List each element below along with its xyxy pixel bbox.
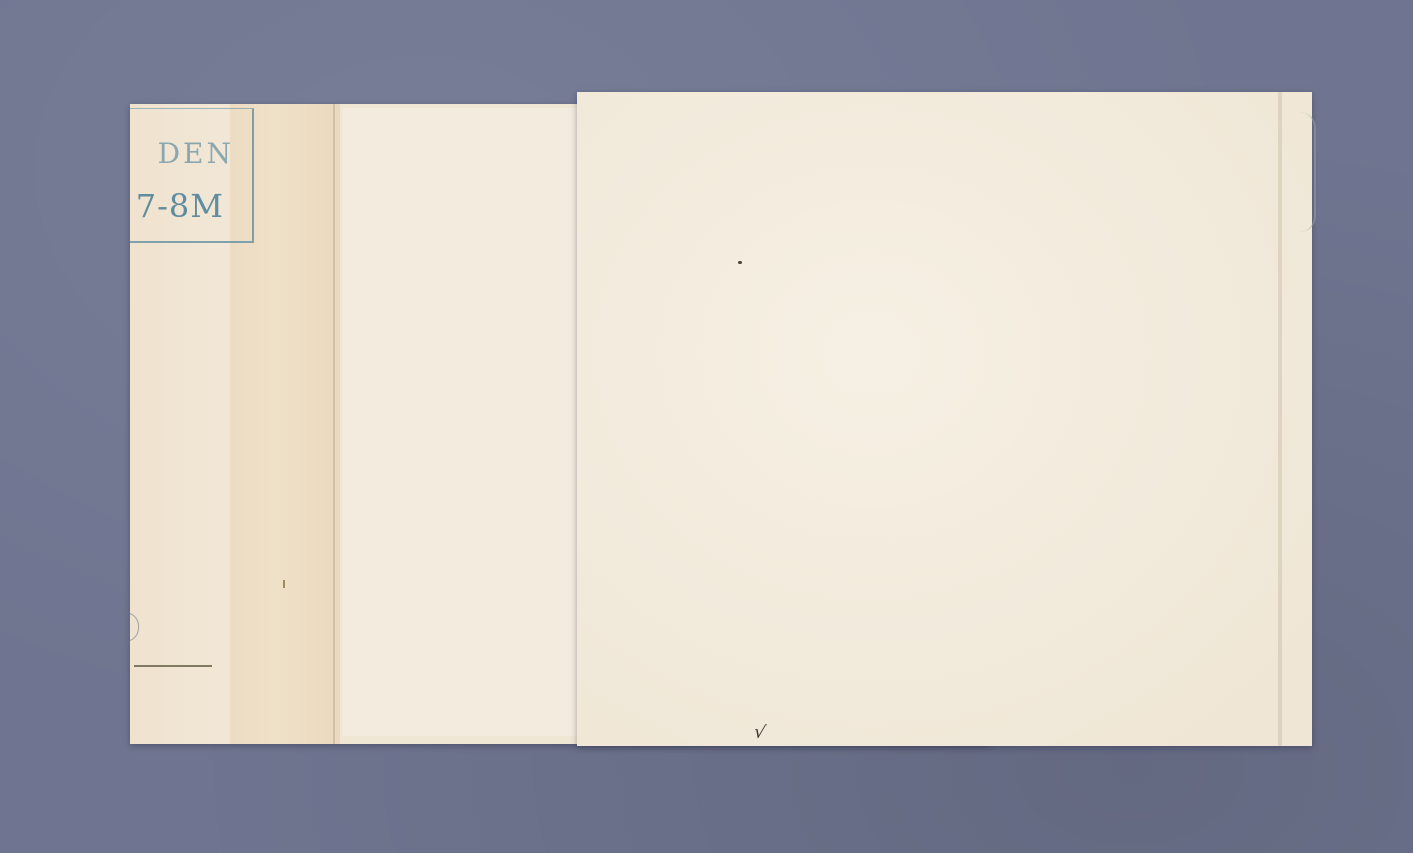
wrapper-right-fold [1278,92,1282,746]
photo-scene: DEN 7-8M √ [0,0,1413,853]
ink-dot [738,261,742,264]
small-tick-mark [283,580,285,588]
postmark-stamp: DEN 7-8M [130,108,254,243]
wrapper-right-tab [1300,112,1316,232]
postmark-time: 7-8M [136,187,224,225]
pencil-underline [134,665,212,667]
postmark-town: DEN [158,137,234,170]
wrapper-front-panel [577,92,1312,746]
wrapper-inner-panel [342,108,582,736]
wrapper-fold-edge [333,104,335,744]
